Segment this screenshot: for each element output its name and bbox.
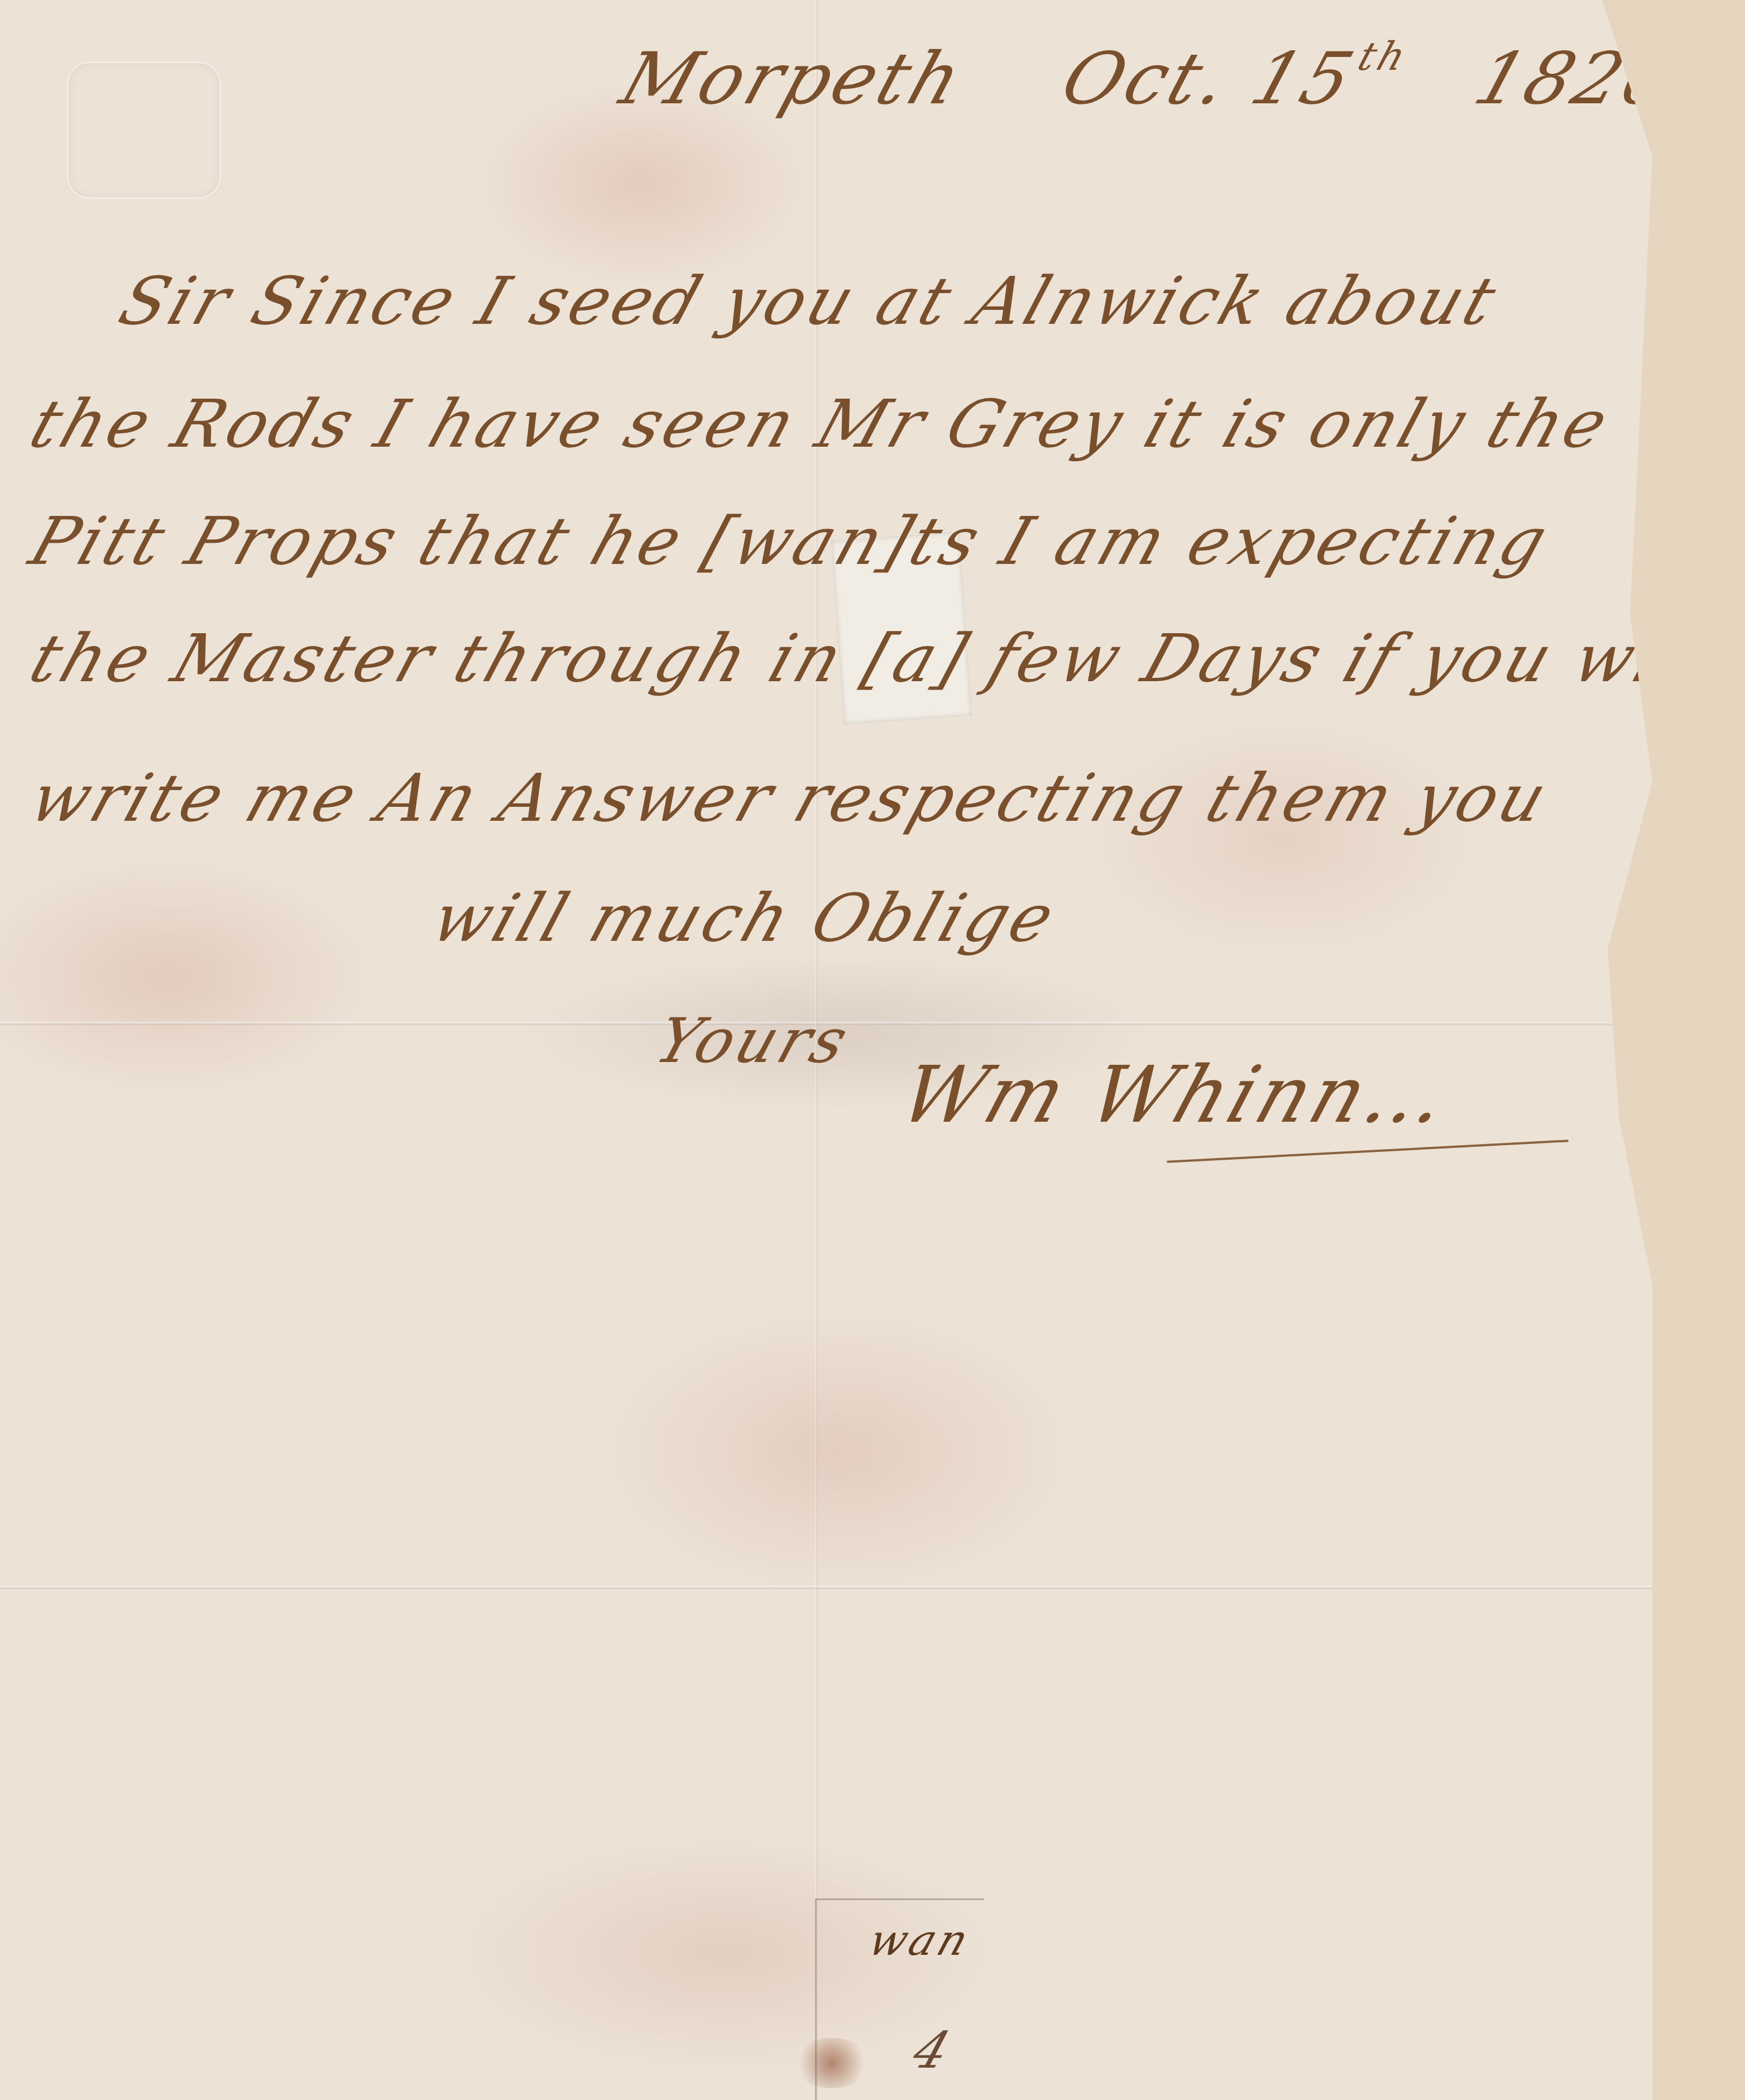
fold-crease-horizontal-lower	[0, 1586, 1652, 1589]
letter-dateline: Morpeth Oct. 15th 1826	[611, 34, 1689, 121]
letter-sheet: Morpeth Oct. 15th 1826 Sir Since I seed …	[0, 0, 1652, 2100]
body-line-4: the Master through in [a] few Days if yo…	[21, 620, 1723, 697]
body-line-3: Pitt Props that he [wan]ts I am expectin…	[21, 503, 1560, 580]
body-line-1: Sir Since I seed you at Alnwick about	[111, 262, 1508, 339]
valediction: Yours	[647, 1005, 860, 1077]
closing-line: will much Oblige	[423, 879, 1067, 956]
fragment-text: wan	[863, 1915, 978, 1965]
body-line-5: write me An Answer respecting them you	[21, 759, 1560, 836]
signature-underline	[1167, 1140, 1568, 1163]
signature: Wm Whinn…	[890, 1050, 1463, 1141]
seal-stain	[793, 2038, 871, 2088]
place-name: Morpeth	[611, 37, 975, 121]
date: Oct. 15	[1052, 37, 1366, 121]
blind-emboss-stamp	[67, 61, 221, 199]
body-line-2: the Rods I have seen Mr Grey it is only …	[21, 385, 1621, 462]
